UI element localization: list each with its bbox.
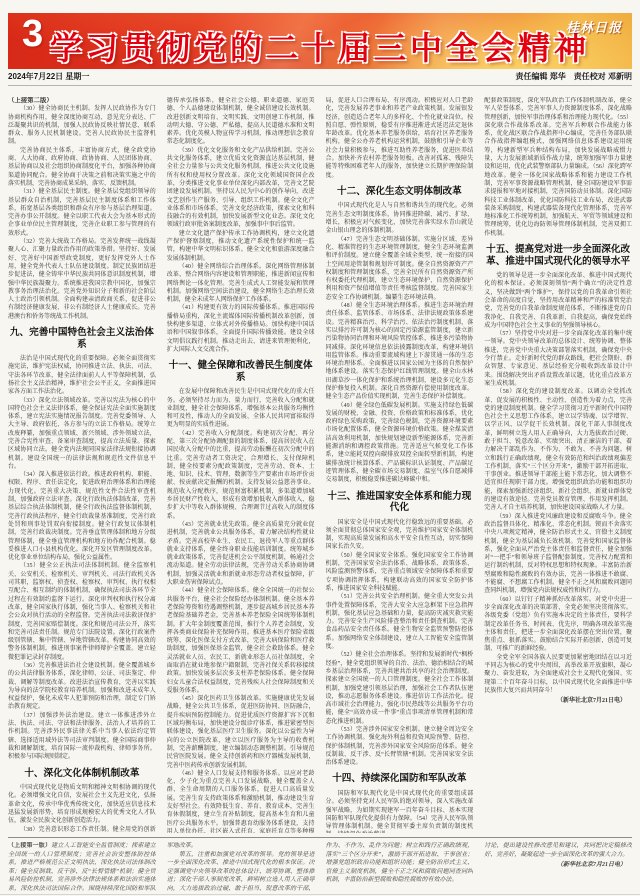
page-edge-line [0,894,640,895]
paragraph: （46）健全人口发展支持和服务体系。以应对老龄化、少子化为重点完善人口发展战略，… [167,770,315,833]
paragraph: （57）坚持党中央对进一步全面深化改革的集中统一领导。党中央领导改革的总体设计、… [484,330,632,388]
paragraph: （38）完善意识形态工作责任制。健全用党的创新理论武装全党、教育人民、指导实践工… [8,826,156,833]
newspaper-page: 3 学习贯彻党的二十届三中全会精神 桂林日报 2024年7月22日 星期一 责任… [0,0,640,896]
paragraph: （58）深化党的建设制度改革。以调动全党抓改革、促发展的积极性、主动性、创造性为… [484,388,632,512]
date-row: 2024年7月22日 星期一 责任编辑 郑华 责任校对 邓新明 [8,71,632,82]
article-column-1: （上接第二版）（30）健全协商民主机制。发挥人民政协作为专门协商机构作用，健全深… [8,97,156,833]
newspaper-masthead-logo: 桂林日报 [566,17,622,36]
paragraph: 在发展中保障和改善民生是中国式现代化的重大任务。必须坚持尽力而为、量力而行，完善… [167,388,315,429]
date-text: 2024年7月22日 星期一 [8,71,89,82]
paragraph: 完善协商民主体系，丰富协商方式，健全政党协商、人大协商、政府协商、政协协商、人民… [8,147,156,188]
paragraph: （45）深化医药卫生体制改革。实施健康优先发展战略，健全公共卫生体系，促进医防协… [167,695,315,770]
paragraph: （43）完善就业优先政策。健全高质量充分就业促进机制，完善就业公共服务体系，着力… [167,521,315,587]
footer-column-1: （上接第一版）建立人工智能安全监管制度；探索建立全国统一的人口管理制度；完善社会… [8,842,156,892]
paragraph: （60）以钉钉子精神抓好改革落实。对党中央进一步全面深化改革的决策部署，全党必须… [484,596,632,654]
paragraph: （35）健全公正执法司法体制机制。健全监察机关、公安机关、检察机关、审判机关、司… [8,562,156,662]
paragraph: 中国式现代化是物质文明和精神文明相协调的现代化。必须增强文化自信，发展社会主义先… [8,784,156,825]
paragraph: （51）完善公共安全治理机制。健全重大突发公共事件处置保障体系，完善大安全大应急… [326,593,474,651]
paragraph-continuation: 局，促进人口合理布局、有序流动。积极应对人口老龄化，完善发展养老事业和养老产业政… [326,97,474,180]
paragraph: （30）健全协商民主机制。发挥人民政协作为专门协商机构作用，健全深度协商互动、意… [8,105,156,146]
paragraph: （33）深化立法领域改革。完善以宪法为核心的中国特色社会主义法律体系，健全保证宪… [8,397,156,472]
paragraph-continuation: 作为、不作为、乱作为问题；树立和践行正确政绩观，落实“三个区分开来”，激励干部开… [326,842,474,885]
news-agency-dateline: （新华社北京7月21日电） [484,697,632,705]
section-heading: 十三、推进国家安全体系和能力现代化 [326,491,474,514]
continued-from-label: （上接第一版） [8,843,51,849]
paragraph-continuation: 讨论，提出建设性修改意见和建议，共同把决定稿修改好、完善好，凝聚起进一步全面深化… [484,842,632,859]
paragraph: 第五，注重和加强党对改革的领导。党的领导是进一步全面深化改革、推进中国式现代化的… [167,851,315,892]
paragraph: （48）健全生态环境治理体系。推进生态环境治理责任体系、监管体系、市场体系、法律… [326,302,474,402]
section-heading: 十、深化文化体制机制改革 [8,768,156,780]
paragraph: 建立文化遗产保护传承工作协调机构，建立文化遗产保护督察制度，推动文化遗产系统性保… [167,230,315,263]
paragraph-continuation: 军地改革。 [167,842,315,851]
paragraph: 党的领导是进一步全面深化改革、推进中国式现代化的根本保证。必须深刻领悟“两个确立… [484,272,632,330]
paragraph: （53）完善涉外国家安全机制。建立健全周边安全工作协调机制。强化海外利益和投资风… [326,726,474,767]
paragraph: （41）构建更有效力的国际传播体系。推进国际传播格局重构，深化主流媒体国际传播机… [167,304,315,354]
staff-credits: 责任编辑 郑华 责任校对 邓新明 [516,71,632,82]
header-divider [8,85,632,86]
paragraph: （39）优化文化服务和文化产品供给机制。完善公共文化服务体系，建立优质文化资源直… [167,147,315,230]
article-column-3: 局，促进人口合理布局、有序流动。积极应对人口老龄化，完善发展养老事业和养老产业政… [326,97,474,833]
paragraph-continuation: 配套政策制度，深化军队政治工作体制机制改革，健全军人荣誉体系，完善军事人力资源制… [484,97,632,238]
paragraph: 中国式现代化是人与自然和谐共生的现代化。必须完善生态文明制度体系，协同推进降碳、… [326,202,474,235]
section-heading: 九、完善中国特色社会主义法治体系 [8,327,156,350]
paragraph: （40）健全网络综合治理体系。深化网络管理体制改革，整合网络内容建设和管理职能，… [167,263,315,304]
paragraph: （52）健全社会治理体系。坚持和发展新时代“枫桥经验”，健全党组织领导的自治、法… [326,651,474,726]
page-banner: 3 学习贯彻党的二十届三中全会精神 桂林日报 [8,13,632,69]
paragraph: （49）健全绿色低碳发展机制。实施支持绿色低碳发展的财税、金融、投资、价格政策和… [326,402,474,485]
paragraph: （47）完善生态文明基础体制。实施分区域、差异化、精准管控的生态环境管理制度，健… [326,236,474,302]
news-agency-dateline: （新华社北京7月21日电） [484,861,632,870]
article-column-4: 配套政策制度，深化军队政治工作体制机制改革，健全军人荣誉体系，完善军事人力资源制… [484,97,632,833]
section-heading: 十二、深化生态文明体制改革 [326,186,474,198]
footer-divider [8,837,632,838]
paragraph: 国家安全是中国式现代化行稳致远的重要基础。必须全面贯彻总体国家安全观，完善维护国… [326,519,474,552]
paragraph: （34）深入推进依法行政。推进政府机构、职能、权限、程序、责任法定化，促进政府治… [8,471,156,562]
paragraph: （36）完善推进法治社会建设机制。健全覆盖城乡的公共法律服务体系，深化律师、公证… [8,662,156,712]
paragraph: 国防和军队现代化是中国式现代化的重要组成部分。必须坚持党对人民军队的绝对领导，深… [326,790,474,833]
banner-title: 学习贯彻党的二十届三中全会精神 [8,23,632,69]
article-column-2: 德传承弘扬体系，健全社会公德、职业道德、家庭美德、个人品德建设体制机制，健全诚信… [167,97,315,833]
paragraph: （31）健全基层民主制度。健全基层党组织领导的基层群众自治机制，完善基层民主制度… [8,188,156,238]
decision-article: （上接第二版）（30）健全协商民主机制。发挥人民政协作为专门协商机构作用，健全深… [8,97,632,833]
section-heading: 十四、持续深化国防和军队改革 [326,773,474,785]
section-heading: 十五、提高党对进一步全面深化改革、推进中国式现代化的领导水平 [484,244,632,267]
footer-column-2: 军地改革。第五，注重和加强党对改革的领导。党的领导是进一步全面深化改革、推进中国… [167,842,315,892]
paragraph: （50）健全国家安全体系。强化国家安全工作协调机制，完善国家安全法治体系、战略体… [326,552,474,593]
paragraph-lede: （上接第一版）建立人工智能安全监管制度；探索建立全国统一的人口管理制度；完善社会… [8,842,156,892]
paragraph: 全党全军全国各族人民要更加紧密地团结在以习近平同志为核心的党中央周围，高举改革开… [484,654,632,695]
paragraph: （44）健全社会保障体系。健全全国统一的社保公共服务平台，健全社会保险经办体制机… [167,587,315,695]
footer-column-4: 讨论，提出建设性修改意见和建议，共同把决定稿修改好、完善好，凝聚起进一步全面深化… [484,842,632,892]
continued-article: （上接第一版）建立人工智能安全监管制度；探索建立全国统一的人口管理制度；完善社会… [8,842,632,892]
paragraph: （59）深入推进党风廉政建设和反腐败斗争。健全政治监督具体化、精准化、常态化机制… [484,513,632,596]
footer-column-3: 作为、不作为、乱作为问题；树立和践行正确政绩观，落实“三个区分开来”，激励干部开… [326,842,474,892]
paragraph: 法治是中国式现代化的重要保障。必须全面贯彻实施宪法，维护宪法权威，协同推进立法、… [8,355,156,396]
continued-from-label: （上接第二版） [8,97,156,105]
section-heading: 十一、健全保障和改善民生制度体系 [167,360,315,383]
paragraph: （42）完善收入分配制度。构建初次分配、再分配、第三次分配协调配套的制度体系，提… [167,430,315,521]
paragraph: （37）加强涉外法治建设。建立一体推进涉外立法、执法、司法、守法和法律服务、法治… [8,712,156,762]
paragraph: （32）完善大统战工作格局。完善发挥统一战线凝聚人心、汇聚力量政治作用的政策举措… [8,238,156,321]
paragraph-continuation: 德传承弘扬体系，健全社会公德、职业道德、家庭美德、个人品德建设体制机制，健全诚信… [167,97,315,147]
